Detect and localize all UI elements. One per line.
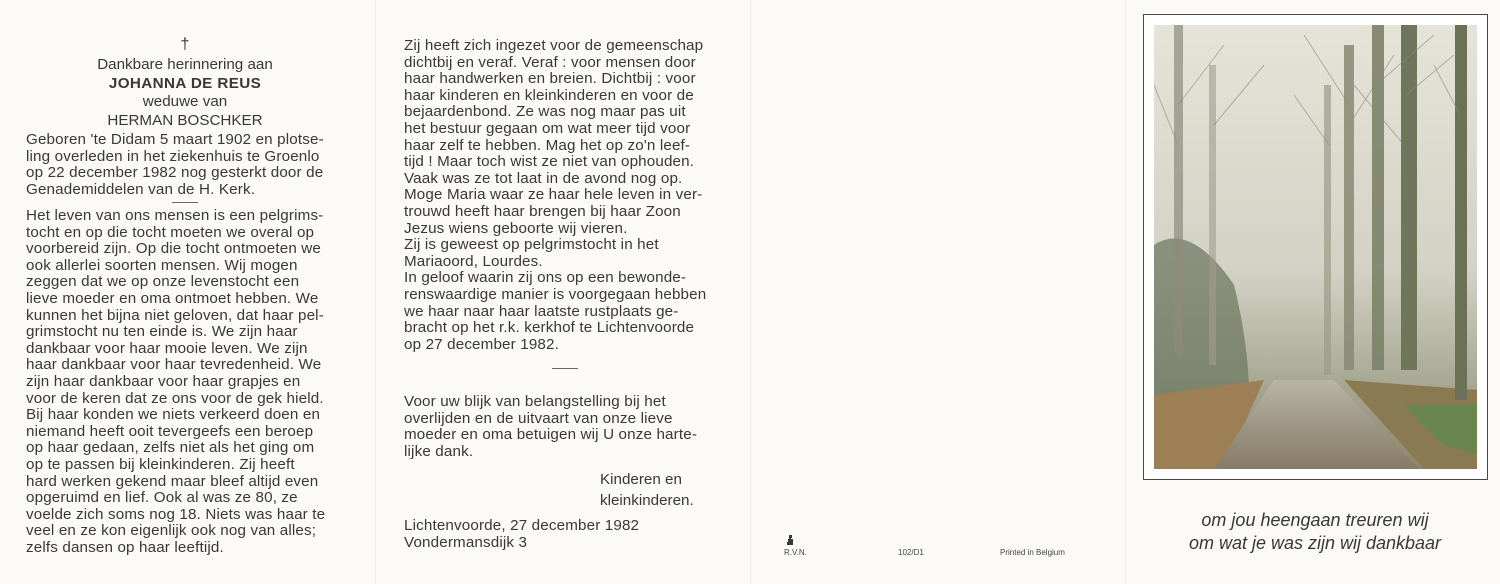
text-line: bracht op het r.k. kerkhof te Lichtenvoo…	[404, 320, 726, 337]
text-line: zeggen dat we op onze levenstocht een	[26, 274, 344, 291]
text-line: op te passen bij kleinkinderen. Zij heef…	[26, 457, 344, 474]
fold-line	[750, 0, 751, 584]
text-line: trouwd heeft haar brengen bij haar Zoon	[404, 204, 726, 221]
text-line: Vaak was ze tot laat in de avond nog op.	[404, 171, 726, 188]
cover-quote: om jou heengaan treuren wij om wat je wa…	[1130, 509, 1500, 554]
text-line: op 27 december 1982.	[404, 337, 726, 354]
publisher-label: R.V.N.	[784, 548, 807, 557]
memorial-panel-left: † Dankbare herinnering aan JOHANNA DE RE…	[26, 0, 344, 584]
spouse-name: HERMAN BOSCHKER	[26, 112, 344, 131]
quote-line: om wat je was zijn wij dankbaar	[1130, 532, 1500, 555]
text-line: hard werken gekend maar bleef altijd eve…	[26, 474, 344, 491]
text-line: Jezus wiens geboorte wij vieren.	[404, 221, 726, 238]
text-line: Bij haar konden we niets verkeerd doen e…	[26, 407, 344, 424]
text-line: haar kinderen en kleinkinderen en voor d…	[404, 88, 726, 105]
text-line: tijd ! Maar toch wist ze niet van ophoud…	[404, 154, 726, 171]
text-line: voorbereid zijn. Op die tocht ontmoeten …	[26, 241, 344, 258]
text-line: lijke dank.	[404, 444, 726, 461]
signature: Kinderen en kleinkinderen.	[600, 469, 694, 511]
text-line: Zij is geweest op pelgrimstocht in het	[404, 237, 726, 254]
photo-frame	[1143, 14, 1488, 480]
text-line: tocht en op die tocht moeten we overal o…	[26, 225, 344, 242]
header-dedication: Dankbare herinnering aan	[26, 56, 344, 75]
text-line: dankbaar voor haar mooie leven. We zijn	[26, 341, 344, 358]
address: Vondermansdijk 3	[404, 535, 726, 552]
text-line: Moge Maria waar ze haar hele leven in ve…	[404, 187, 726, 204]
text-line: moeder en oma betuigen wij U onze harte-	[404, 427, 726, 444]
misty-avenue-image	[1154, 25, 1477, 469]
text-line: bejaardenbond. Ze was nog maar pas uit	[404, 104, 726, 121]
cover-panel: om jou heengaan treuren wij om wat je wa…	[1130, 0, 1500, 584]
text-line: kunnen het bijna niet geloven, dat haar …	[26, 308, 344, 325]
memorial-panel-middle: Zij heeft zich ingezet voor de gemeensch…	[404, 0, 726, 584]
divider	[172, 202, 198, 203]
rvn-publisher-logo-icon	[787, 535, 794, 545]
text-line: haar dankbaar voor haar tevredenheid. We	[26, 357, 344, 374]
quote-line: om jou heengaan treuren wij	[1130, 509, 1500, 532]
text-line: op 22 december 1982 nog gesterkt door de	[26, 165, 344, 182]
back-panel: R.V.N. 102/D1 Printed in Belgium	[760, 0, 1130, 584]
text-line: renswaardige manier is voorgegaan hebben	[404, 287, 726, 304]
text-line: haar zelf te hebben. Mag het op zo'n lee…	[404, 138, 726, 155]
text-line: zelfs dansen op haar leeftijd.	[26, 540, 344, 557]
biography-intro: Geboren 'te Didam 5 maart 1902 en plotse…	[26, 132, 344, 198]
memorial-header: Dankbare herinnering aan JOHANNA DE REUS…	[26, 56, 344, 130]
text-line: niemand heeft ooit tevergeefs een beroep	[26, 424, 344, 441]
divider	[552, 368, 578, 369]
fold-line	[375, 0, 376, 584]
cross-icon: †	[26, 36, 344, 54]
text-line: haar handwerken en breien. Dichtbij : vo…	[404, 71, 726, 88]
printed-in-label: Printed in Belgium	[1000, 548, 1065, 557]
text-line: Geboren 'te Didam 5 maart 1902 en plotse…	[26, 132, 344, 149]
signature-line: Kinderen en	[600, 469, 694, 490]
text-line: overlijden en de uitvaart van onze lieve	[404, 411, 726, 428]
text-line: zijn haar dankbaar voor haar grapjes en	[26, 374, 344, 391]
text-line: Het leven van ons mensen is een pelgrims…	[26, 208, 344, 225]
text-line: In geloof waarin zij ons op een bewonde-	[404, 270, 726, 287]
text-line: Mariaoord, Lourdes.	[404, 254, 726, 271]
text-line: grimstocht nu ten einde is. We zijn haar	[26, 324, 344, 341]
place-date: Lichtenvoorde, 27 december 1982	[404, 518, 726, 535]
text-line: op haar gedaan, zelfs niet als het ging …	[26, 440, 344, 457]
text-line: lieve moeder en oma ontmoet hebben. We	[26, 291, 344, 308]
text-line: veel en ze kon eigenlijk ook nog van all…	[26, 523, 344, 540]
text-line: voelde zich soms nog 18. Niets was haar …	[26, 507, 344, 524]
text-line: we haar naar haar laatste rustplaats ge-	[404, 304, 726, 321]
text-line: ling overleden in het ziekenhuis te Groe…	[26, 149, 344, 166]
cover-photo	[1154, 25, 1477, 469]
place-and-address: Lichtenvoorde, 27 december 1982 Vonderma…	[404, 518, 726, 551]
deceased-name: JOHANNA DE REUS	[26, 75, 344, 94]
thanks-text: Voor uw blijk van belangstelling bij het…	[404, 394, 726, 460]
text-line: voor de keren dat ze ons voor de gek hie…	[26, 391, 344, 408]
print-code: 102/D1	[898, 548, 924, 557]
text-line: Genademiddelen van de H. Kerk.	[26, 182, 344, 199]
text-line: Zij heeft zich ingezet voor de gemeensch…	[404, 38, 726, 55]
tribute-text: Het leven van ons mensen is een pelgrims…	[26, 208, 344, 556]
text-line: opgeruimd en lief. Ook al was ze 80, ze	[26, 490, 344, 507]
continuation-text: Zij heeft zich ingezet voor de gemeensch…	[404, 38, 726, 353]
signature-line: kleinkinderen.	[600, 490, 694, 511]
text-line: dichtbij en veraf. Veraf : voor mensen d…	[404, 55, 726, 72]
text-line: ook allerlei soorten mensen. Wij mogen	[26, 258, 344, 275]
header-widow-of: weduwe van	[26, 93, 344, 112]
text-line: het bestuur gegaan om wat meer tijd voor	[404, 121, 726, 138]
text-line: Voor uw blijk van belangstelling bij het	[404, 394, 726, 411]
